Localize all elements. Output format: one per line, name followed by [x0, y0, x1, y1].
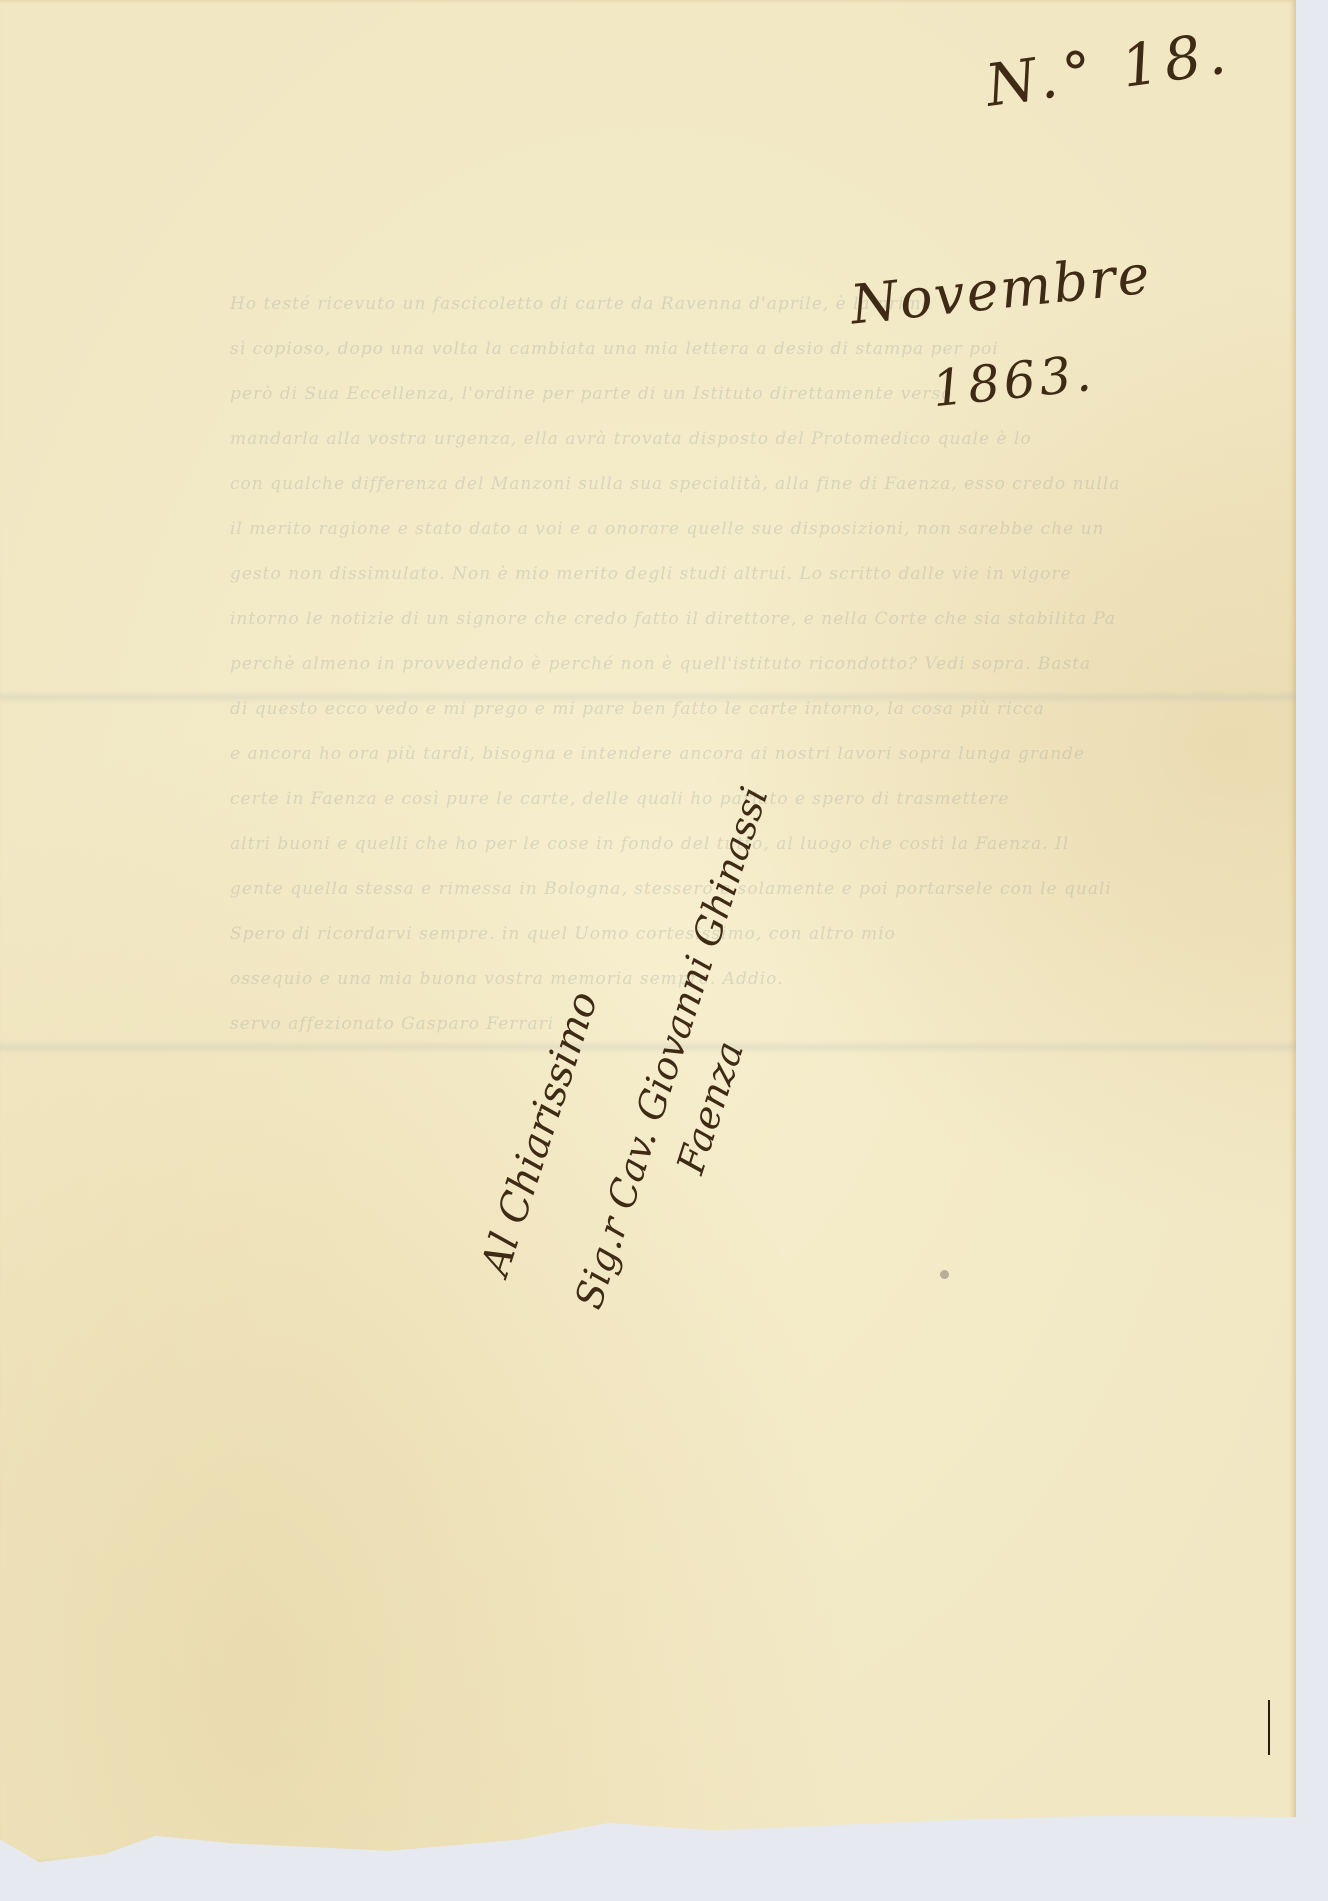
ink-speck — [940, 1270, 949, 1279]
bleed-line: con qualche differenza del Manzoni sulla… — [230, 462, 1290, 507]
bleed-line: gesto non dissimulato. Non è mio merito … — [230, 552, 1290, 597]
addressee-block: Al Chiarissimo Sig.r Cav. Giovanni Ghina… — [430, 780, 950, 1180]
bleed-line: sì copioso, dopo una volta la cambiata u… — [230, 327, 1290, 372]
bleed-line: il merito ragione e stato dato a voi e a… — [230, 507, 1290, 552]
bleed-line: mandarla alla vostra urgenza, ella avrà … — [230, 417, 1290, 462]
paper-mark — [1268, 1700, 1270, 1755]
bleed-line: di questo ecco vedo e mi prego e mi pare… — [230, 687, 1290, 732]
document-number: N.° 18. — [981, 18, 1235, 120]
bleed-line: intorno le notizie di un signore che cre… — [230, 597, 1290, 642]
letter-paper: Ho testé ricevuto un fascicoletto di car… — [0, 0, 1296, 1862]
bleed-line: perchè almeno in provvedendo è perché no… — [230, 642, 1290, 687]
bleed-line: però di Sua Eccellenza, l'ordine per par… — [230, 372, 1290, 417]
bleed-line: e ancora ho ora più tardi, bisogna e int… — [230, 732, 1290, 777]
